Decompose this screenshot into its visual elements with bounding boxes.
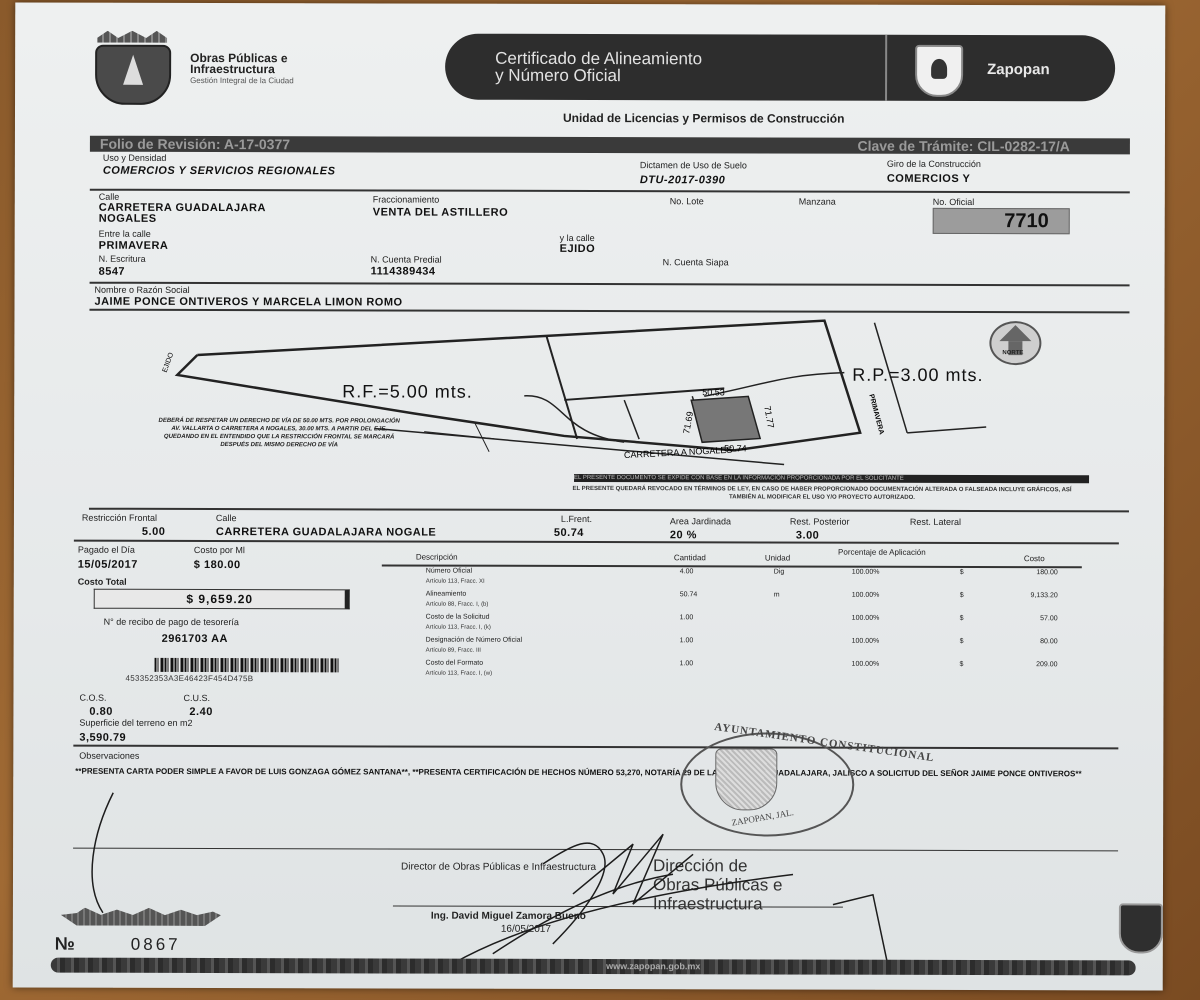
escritura-label: N. Escritura (99, 254, 146, 264)
siapa-label: N. Cuenta Siapa (663, 257, 729, 267)
col-cantidad: Cantidad (674, 553, 706, 562)
cos-value: 0.80 (89, 706, 112, 718)
footer-bar: www.zapopan.gob.mx (51, 958, 1136, 976)
folio-value: A-17-0377 (224, 136, 290, 152)
footer-url: www.zapopan.gob.mx (171, 958, 1136, 976)
recibo-label: N° de recibo de pago de tesorería (104, 617, 239, 627)
cus-label: C.U.S. (183, 693, 210, 703)
restriccion-calle-value: CARRETERA GUADALAJARA NOGALE (216, 526, 436, 539)
row-quantity: 1.00 (680, 637, 694, 644)
dictamen-label: Dictamen de Uso de Suelo (640, 160, 747, 170)
certificate-banner: Certificado de Alineamiento y Número Ofi… (445, 34, 1115, 102)
rest-lateral-label: Rest. Lateral (910, 517, 961, 527)
zapopan-shield-icon (915, 45, 963, 97)
banner-divider (885, 35, 887, 101)
recibo-value: 2961703 AA (162, 633, 228, 645)
oficial-label: No. Oficial (933, 197, 975, 207)
cos-label: C.O.S. (79, 693, 106, 703)
restriccion-frontal-value: 5.00 (142, 526, 165, 538)
site-plan-drawing: 50.53 50.74 71.69 71.77 CARRETERA A NOGA… (144, 313, 1104, 476)
row-percentage: 100.00% (852, 615, 880, 622)
area-jardinada-label: Area Jardinada (670, 516, 731, 526)
cert-title-line-1: Certificado de Alineamiento (495, 50, 702, 68)
street-ejido-label: EJIDO (162, 351, 176, 373)
folio-number: Folio de Revisión: A-17-0377 (100, 136, 290, 152)
row-currency: $ (960, 661, 964, 668)
col-descripcion: Descripción (416, 553, 458, 562)
row-currency: $ (960, 638, 964, 645)
row-quantity: 1.00 (680, 614, 694, 621)
uso-label: Uso y Densidad (103, 153, 167, 163)
row-description: Costo de la Solicitud (426, 614, 490, 621)
row-unit: Dig (774, 568, 785, 575)
nombre-value: JAIME PONCE ONTIVEROS Y MARCELA LIMON RO… (94, 296, 402, 309)
street-primavera-label: PRIMAVERA (867, 393, 884, 435)
warning-bar: EL PRESENTE DOCUMENTO SE EXPIDE CON BASE… (574, 474, 1089, 483)
divider (89, 508, 1129, 513)
costo-total-label: Costo Total (78, 577, 127, 587)
predial-value: 1114389434 (371, 265, 436, 277)
dim-top-label: 50.53 (702, 387, 725, 397)
document-number-value: 0867 (131, 935, 181, 955)
y-la-calle-value: EJIDO (560, 243, 596, 255)
cus-value: 2.40 (189, 706, 212, 718)
entre-calle-label: Entre la calle (99, 229, 151, 239)
pagado-value: 15/05/2017 (78, 559, 138, 571)
certificate-document: Obras Públicas e Infraestructura Gestión… (13, 2, 1166, 990)
restriccion-calle-label: Calle (216, 513, 237, 523)
unit-title: Unidad de Licencias y Permisos de Constr… (563, 111, 844, 126)
row-currency: $ (960, 592, 964, 599)
dictamen-value: DTU-2017-0390 (640, 174, 725, 186)
area-jardinada-value: 20 % (670, 529, 697, 541)
handwritten-signature (73, 773, 974, 975)
y-la-calle-label: y la calle (560, 233, 595, 243)
escritura-value: 8547 (99, 266, 126, 278)
divider (90, 189, 1130, 194)
row-currency: $ (960, 569, 964, 576)
row-article: Artículo 88, Fracc. I, (b) (426, 602, 489, 608)
restriccion-posterior-label: R.P.=3.00 mts. (852, 365, 983, 386)
table-header-rule (382, 564, 1082, 568)
fraccionamiento-label: Fraccionamiento (373, 194, 440, 204)
divider (73, 745, 1118, 750)
rest-posterior-value: 3.00 (796, 530, 819, 542)
row-cost: 209.00 (972, 661, 1058, 668)
restriccion-frontal-label: R.F.=5.00 mts. (342, 381, 473, 402)
numero-oficial-box: 7710 (933, 208, 1070, 234)
org-line-3: Gestión Integral de la Ciudad (190, 75, 294, 86)
lote-label: No. Lote (670, 196, 704, 206)
dim-left-label: 71.69 (681, 411, 695, 435)
costo-total-box: $ 9,659.20 (94, 589, 350, 610)
fraccionamiento-value: VENTA DEL ASTILLERO (373, 206, 508, 218)
row-currency: $ (960, 615, 964, 622)
row-description: Designación de Número Oficial (426, 637, 523, 644)
fee-table: Descripción Cantidad Unidad Porcentaje d… (411, 544, 1081, 696)
org-name: Obras Públicas e Infraestructura Gestión… (190, 53, 294, 86)
pagado-label: Pagado el Día (78, 545, 135, 555)
barcode (155, 658, 339, 672)
row-unit: m (774, 591, 780, 598)
uso-value: COMERCIOS Y SERVICIOS REGIONALES (103, 165, 336, 178)
row-description: Alineamiento (426, 591, 466, 598)
row-cost: 80.00 (972, 638, 1058, 645)
calle-label: Calle (99, 192, 120, 202)
street-carretera-label: CARRETERA A NOGALES (624, 445, 733, 460)
row-description: Número Oficial (426, 568, 472, 575)
clave-value: CIL-0282-17/A (977, 138, 1070, 154)
org-line-2: Infraestructura (190, 64, 294, 75)
calle-value-line-2: NOGALES (99, 214, 266, 225)
row-article: Artículo 113, Fracc. XI (426, 579, 485, 585)
entre-calle-value: PRIMAVERA (99, 240, 169, 252)
warning-text: EL PRESENTE QUEDARÁ REVOCADO EN TÉRMINOS… (562, 485, 1082, 502)
row-percentage: 100.00% (852, 638, 880, 645)
row-quantity: 50.74 (680, 591, 698, 598)
superficie-value: 3,590.79 (79, 732, 126, 744)
costo-ml-value: $ 180.00 (194, 559, 241, 571)
folio-label: Folio de Revisión (100, 136, 216, 152)
row-quantity: 1.00 (680, 660, 694, 667)
row-quantity: 4.00 (680, 568, 694, 575)
row-percentage: 100.00% (852, 592, 880, 599)
north-arrow-icon (989, 321, 1041, 365)
document-number-label: № (55, 934, 75, 955)
nombre-label: Nombre o Razón Social (95, 285, 190, 295)
row-cost: 9,133.20 (972, 592, 1058, 599)
derecho-de-via-note: DEBERÁ DE RESPETAR UN DERECHO DE VÍA DE … (154, 417, 404, 450)
clave-tramite: Clave de Trámite: CIL-0282-17/A (857, 138, 1069, 155)
col-costo: Costo (1024, 554, 1045, 563)
clave-label: Clave de Trámite (857, 138, 968, 154)
certificate-title: Certificado de Alineamiento y Número Ofi… (495, 50, 702, 85)
row-percentage: 100.00% (852, 569, 880, 576)
numero-oficial-value: 7710 (1004, 209, 1049, 233)
costo-ml-label: Costo por Ml (194, 545, 245, 555)
longitud-frente-label: L.Frent. (561, 514, 592, 524)
row-percentage: 100.00% (852, 661, 880, 668)
superficie-label: Superficie del terreno en m2 (79, 718, 192, 728)
longitud-frente-value: 50.74 (554, 527, 584, 539)
restriccion-frontal-field-label: Restricción Frontal (82, 513, 157, 523)
municipality-name: Zapopan (987, 61, 1050, 78)
row-article: Artículo 113, Fracc. I, (w) (426, 671, 493, 677)
barcode-text: 453352353A3E46423F454D475B (126, 674, 254, 683)
row-description: Costo del Formato (426, 660, 484, 667)
rest-posterior-label: Rest. Posterior (790, 517, 850, 527)
folio-bar: Folio de Revisión: A-17-0377 Clave de Tr… (90, 136, 1130, 155)
predial-label: N. Cuenta Predial (371, 254, 442, 264)
row-cost: 180.00 (972, 569, 1058, 576)
row-article: Artículo 113, Fracc. I, (k) (426, 625, 491, 631)
divider (90, 282, 1130, 287)
col-unidad: Unidad (765, 553, 790, 562)
giro-value: COMERCIOS Y SERVICIOS (887, 173, 1027, 186)
observaciones-label: Observaciones (79, 751, 139, 761)
giro-label: Giro de la Construcción (887, 159, 981, 169)
zapopan-shield-icon (1119, 903, 1163, 953)
calle-value: CARRETERA GUADALAJARA NOGALES (99, 203, 266, 225)
col-porcentaje: Porcentaje de Aplicación (837, 548, 927, 557)
cert-title-line-2: y Número Oficial (495, 67, 702, 85)
shield-logo-icon (95, 45, 171, 105)
row-article: Artículo 89, Fracc. III (426, 648, 481, 654)
row-cost: 57.00 (972, 615, 1058, 622)
crown-icon (97, 31, 167, 43)
costo-total-value: $ 9,659.20 (95, 590, 345, 609)
north-label: NORTE (1002, 350, 1023, 356)
manzana-label: Manzana (799, 197, 836, 207)
dim-right-label: 71.77 (762, 405, 776, 429)
